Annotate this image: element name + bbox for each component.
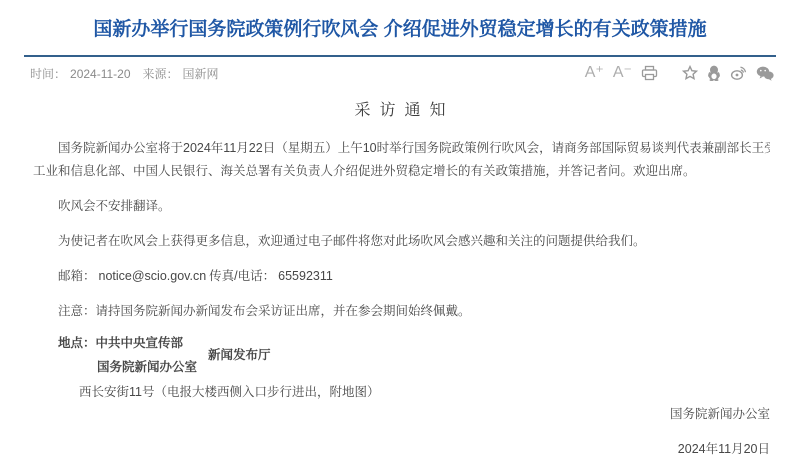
fax-number: 65592311 xyxy=(278,269,333,283)
font-increase-button[interactable]: A⁺ xyxy=(585,65,604,81)
paragraph-1-text: 国务院新闻办公室将于2024年11月22日（星期五）上午10时举行国务院政策例行… xyxy=(58,141,770,155)
qq-share-button[interactable] xyxy=(707,65,721,81)
meta-row: 时间：2024-11-20来源：国新网 A⁺ A⁻ xyxy=(24,57,776,84)
article-meta: 时间：2024-11-20来源：国新网 xyxy=(30,65,231,82)
source-label: 来源： xyxy=(143,67,179,81)
signature-block: 国务院新闻办公室 2024年11月20日 xyxy=(670,404,770,457)
location-org-1: 中共中央宣传部 xyxy=(96,336,184,350)
notice-heading: 采访通知 xyxy=(24,100,776,122)
star-icon xyxy=(682,65,698,81)
signature-date: 2024年11月20日 xyxy=(670,439,770,457)
notice-paragraph-3: 为使记者在吹风会上获得更多信息，欢迎通过电子邮件将您对此场吹风会感兴趣和关注的问… xyxy=(33,230,770,253)
print-button[interactable] xyxy=(641,65,658,81)
email-address: notice@scio.gov.cn xyxy=(99,269,207,283)
wechat-icon xyxy=(756,66,774,81)
article-toolbar: A⁺ A⁻ xyxy=(585,65,774,81)
fax-label: 传真/电话： xyxy=(209,269,275,283)
paragraph-1-line-1: 国务院新闻办公室将于2024年11月22日（星期五）上午10时举行国务院政策例行… xyxy=(33,137,770,160)
notice-paragraph-2: 吹风会不安排翻译。 xyxy=(33,195,770,218)
time-value: 2024-11-20 xyxy=(70,67,131,81)
weibo-share-button[interactable] xyxy=(730,65,747,81)
qq-penguin-icon xyxy=(707,65,721,81)
article-page: 国新办举行国务院政策例行吹风会 介绍促进外贸稳定增长的有关政策措施 时间：202… xyxy=(0,0,800,467)
note-line: 注意：请持国务院新闻办新闻发布会采访证出席，并在参会期间始终佩戴。 xyxy=(33,300,770,323)
location-label: 地点： xyxy=(58,336,96,350)
location-line-1: 地点：中共中央宣传部 xyxy=(33,331,770,355)
font-decrease-button[interactable]: A⁻ xyxy=(613,65,632,81)
contact-line: 邮箱：notice@scio.gov.cn传真/电话：65592311 xyxy=(33,265,770,288)
paragraph-1-line-2: 工业和信息化部、中国人民银行、海关总署有关负责人介绍促进外贸稳定增长的有关政策措… xyxy=(33,160,770,183)
press-hall-label: 新闻发布厅 xyxy=(208,343,271,367)
wechat-share-button[interactable] xyxy=(756,66,774,81)
favorite-button[interactable] xyxy=(682,65,698,81)
email-label: 邮箱： xyxy=(58,269,96,283)
printer-icon xyxy=(641,65,658,81)
notice-body: 国务院新闻办公室将于2024年11月22日（星期五）上午10时举行国务院政策例行… xyxy=(24,122,776,404)
source-value: 国新网 xyxy=(183,67,219,81)
weibo-icon xyxy=(730,65,747,81)
page-title: 国新办举行国务院政策例行吹风会 介绍促进外贸稳定增长的有关政策措施 xyxy=(24,16,776,43)
notice-paragraph-1: 国务院新闻办公室将于2024年11月22日（星期五）上午10时举行国务院政策例行… xyxy=(33,137,770,183)
location-org-2: 国务院新闻办公室 xyxy=(33,355,770,379)
time-label: 时间： xyxy=(30,67,66,81)
address-line: 西长安街11号（电报大楼西侧入口步行进出，附地图） xyxy=(33,381,770,404)
signature-org: 国务院新闻办公室 xyxy=(670,404,770,422)
location-block: 地点：中共中央宣传部 国务院新闻办公室 新闻发布厅 xyxy=(33,331,770,379)
